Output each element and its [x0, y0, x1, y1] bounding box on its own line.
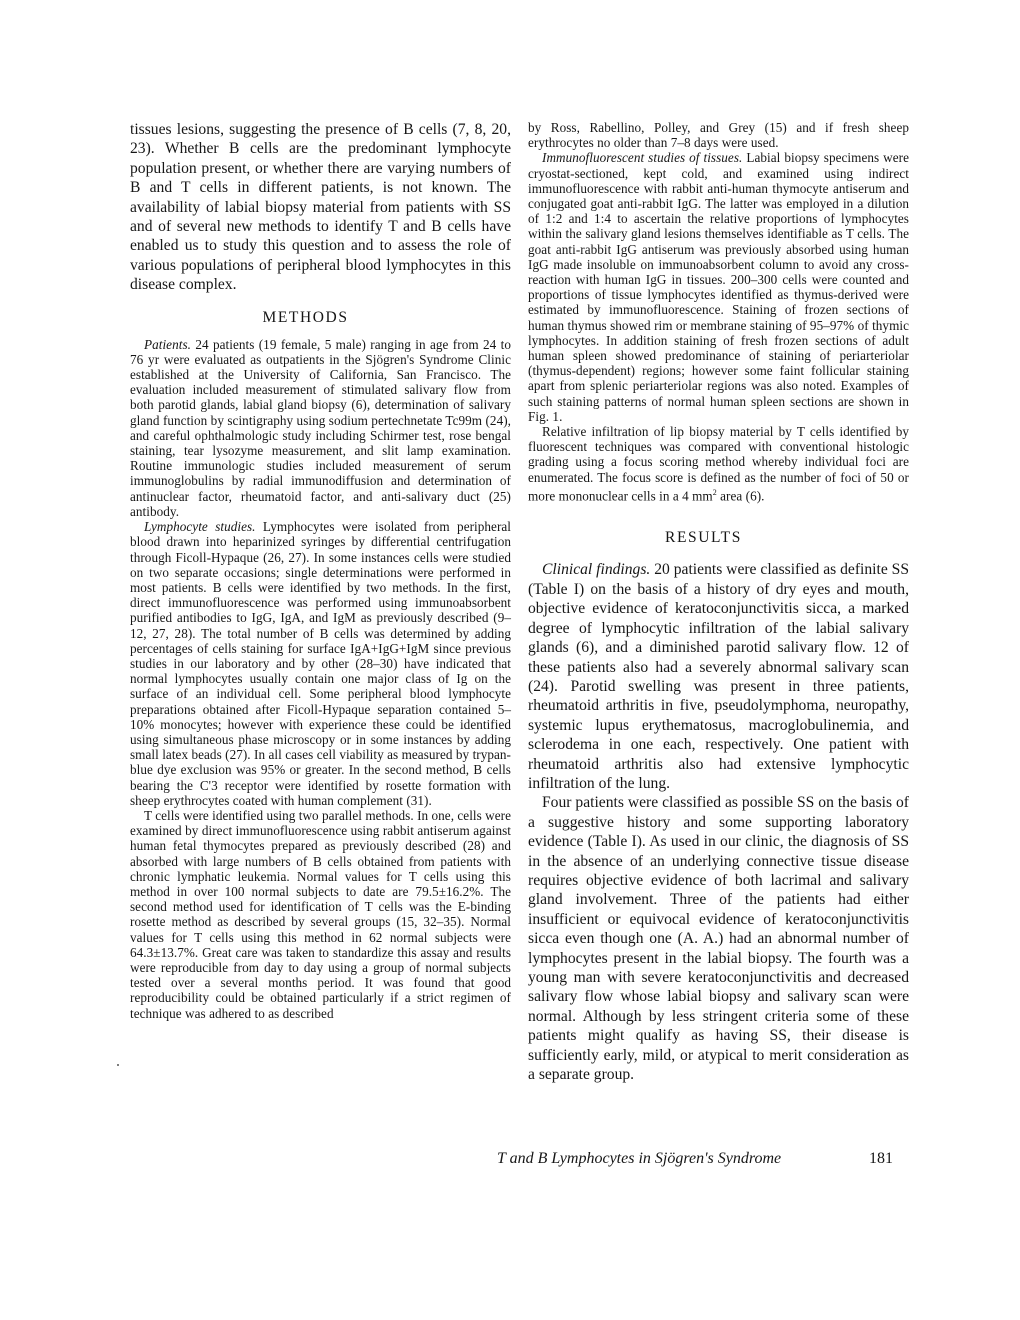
lymphocyte-studies-text: Lymphocytes were isolated from periphera… [130, 519, 511, 808]
infiltration-paragraph: Relative infiltration of lip biopsy mate… [528, 424, 909, 503]
lymphocyte-studies-label: Lymphocyte studies. [144, 519, 256, 534]
immunofluorescent-paragraph: Immunofluorescent studies of tissues. La… [528, 150, 909, 424]
immunofluorescent-text: Labial biopsy specimens were cryostat-se… [528, 150, 909, 423]
clinical-findings-text: 20 patients were classified as definite … [528, 561, 909, 791]
lymphocyte-studies-paragraph: Lymphocyte studies. Lymphocytes were iso… [130, 519, 511, 808]
scan-speck [117, 1064, 119, 1066]
left-column: tissues lesions, suggesting the presence… [130, 120, 511, 1021]
patients-label: Patients. [144, 337, 191, 352]
right-column: by Ross, Rabellino, Polley, and Grey (15… [528, 120, 909, 1084]
methods-heading: METHODS [130, 309, 511, 327]
infiltration-text-end: area (6). [717, 488, 765, 503]
clinical-findings-label: Clinical findings. [542, 561, 650, 578]
page-number: 181 [869, 1150, 893, 1168]
running-title: T and B Lymphocytes in Sjögren's Syndrom… [497, 1150, 781, 1168]
continuation-paragraph: by Ross, Rabellino, Polley, and Grey (15… [528, 120, 909, 150]
clinical-findings-paragraph: Clinical findings. 20 patients were clas… [528, 560, 909, 793]
t-cells-paragraph: T cells were identified using two parall… [130, 808, 511, 1021]
intro-paragraph: tissues lesions, suggesting the presence… [130, 120, 511, 295]
page-footer: T and B Lymphocytes in Sjögren's Syndrom… [497, 1150, 893, 1168]
results-heading: RESULTS [528, 529, 909, 547]
patients-text: 24 patients (19 female, 5 male) ranging … [130, 337, 511, 519]
possible-ss-paragraph: Four patients were classified as possibl… [528, 793, 909, 1084]
immunofluorescent-label: Immunofluorescent studies of tissues. [542, 150, 742, 165]
patients-paragraph: Patients. 24 patients (19 female, 5 male… [130, 337, 511, 519]
